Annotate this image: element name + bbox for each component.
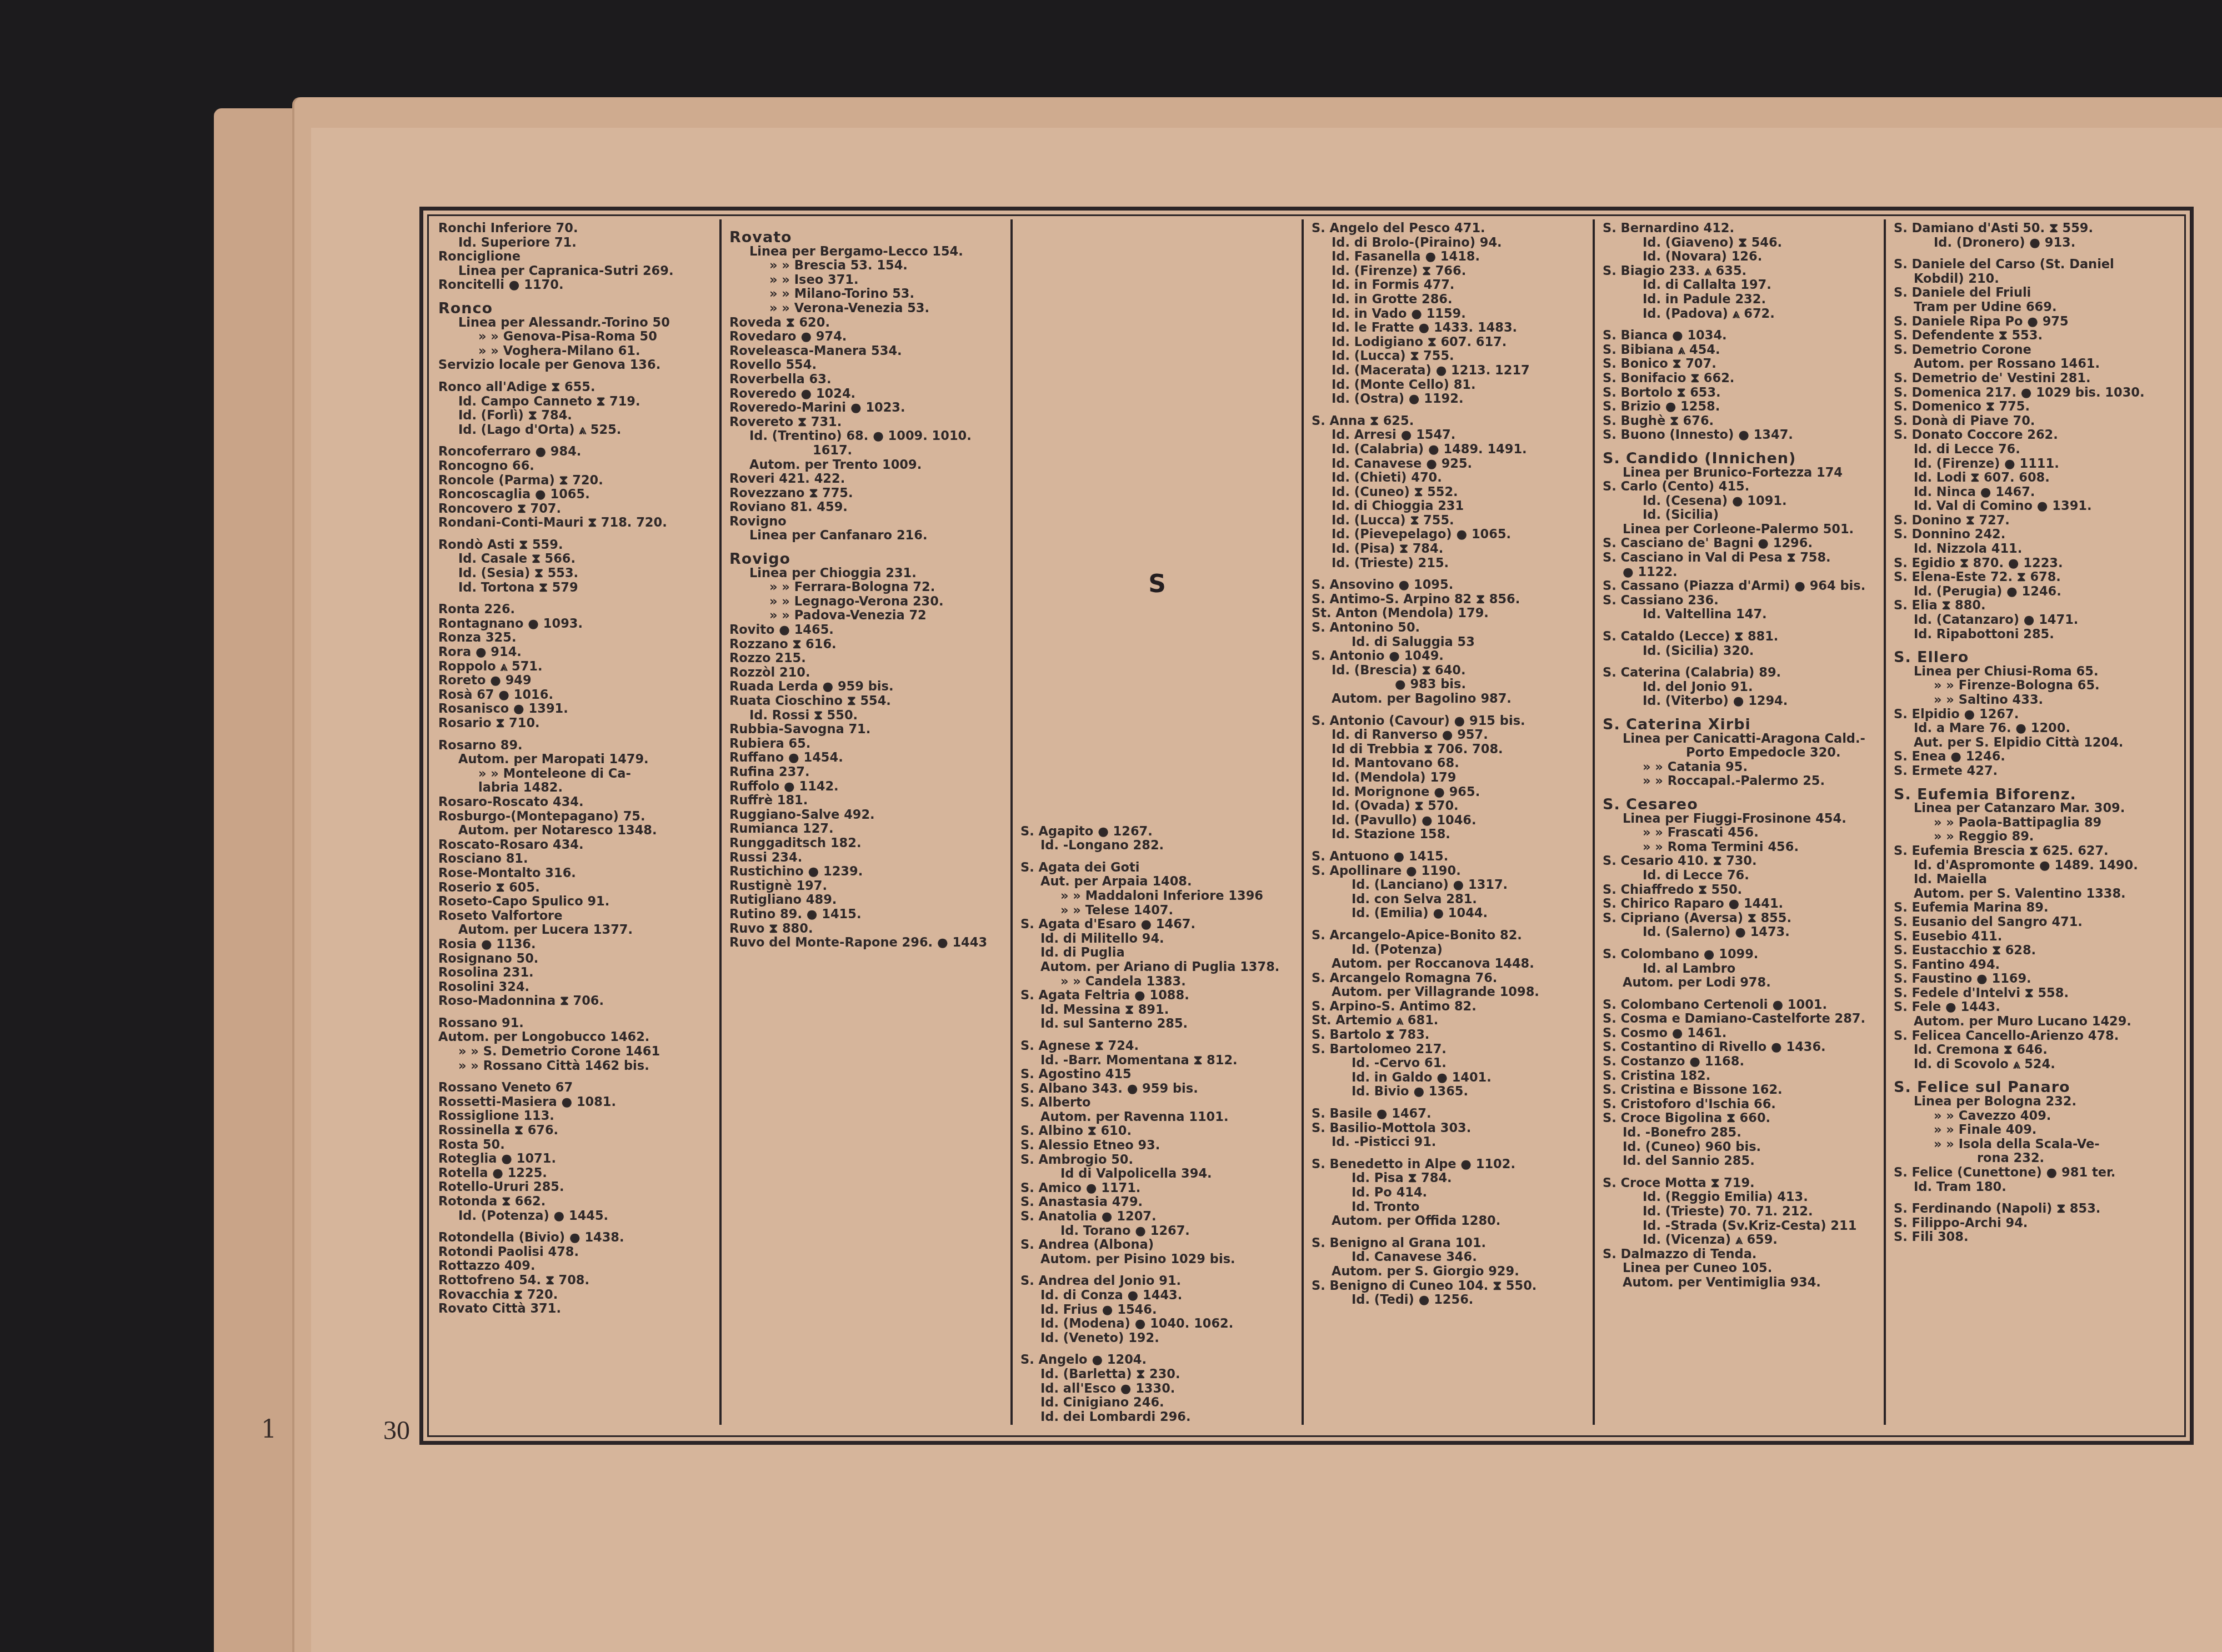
- index-entry: Rossiglione 113.: [438, 1109, 712, 1124]
- index-entry: Roppolo ⩓ 571.: [438, 660, 712, 674]
- index-entry: S. Demetrio de' Vestini 281.: [1894, 372, 2167, 386]
- index-entry: Rossano Veneto 67: [438, 1081, 712, 1095]
- index-entry: Rosburgo-(Montepagano) 75.: [438, 810, 712, 824]
- index-entry: S. Eusebio 411.: [1894, 930, 2167, 944]
- index-entry: Id. (Forlì) ⧗ 784.: [438, 409, 712, 423]
- index-entry: S. Daniele Ripa Po ● 975: [1894, 315, 2167, 329]
- index-entry: S. Agata dei Goti: [1020, 861, 1294, 875]
- index-entry: Id. Ripabottoni 285.: [1894, 628, 2167, 642]
- index-entry: Ronza 325.: [438, 631, 712, 645]
- index-entry: Roso-Madonnina ⧗ 706.: [438, 994, 712, 1009]
- index-entry: Rontagnano ● 1093.: [438, 617, 712, 632]
- index-entry: Id. Fasanella ● 1418.: [1312, 250, 1585, 264]
- index-entry: S. Cataldo (Lecce) ⧗ 881.: [1603, 630, 1876, 644]
- index-entry: Autom. per Pisino 1029 bis.: [1020, 1253, 1294, 1267]
- index-entry: S. Caterina (Calabria) 89.: [1603, 666, 1876, 680]
- index-entry: » » Iseo 371.: [729, 273, 1003, 288]
- index-heading: S. Felice sul Panaro: [1894, 1080, 2167, 1095]
- index-entry: St. Anton (Mendola) 179.: [1312, 607, 1585, 621]
- index-entry: Id. (Trieste) 70. 71. 212.: [1603, 1205, 1876, 1219]
- index-entry: Id. (Perugia) ● 1246.: [1894, 585, 2167, 599]
- index-entry: Rotonda ⧗ 662.: [438, 1195, 712, 1209]
- index-entry: Ruvo ⧗ 880.: [729, 922, 1003, 937]
- index-entry: Id. di Puglia: [1020, 946, 1294, 960]
- index-entry: Id. di Chioggia 231: [1312, 499, 1585, 514]
- index-entry: Roseto Valfortore: [438, 909, 712, 924]
- column-5: S. Bernardino 412.Id. (Giaveno) ⧗ 546.Id…: [1595, 219, 1886, 1425]
- index-entry: Rosignano 50.: [438, 952, 712, 967]
- index-entry: Rottazzo 409.: [438, 1259, 712, 1274]
- index-entry: Id. Bivio ● 1365.: [1312, 1085, 1585, 1099]
- index-entry: Autom. per Trento 1009.: [729, 458, 1003, 473]
- index-entry: » » Cavezzo 409.: [1894, 1109, 2167, 1124]
- index-entry: S. Agostino 415: [1020, 1068, 1294, 1082]
- index-entry: S. Cassano (Piazza d'Armi) ● 964 bis.: [1603, 579, 1876, 594]
- index-entry: Roncogno 66.: [438, 459, 712, 474]
- index-entry: » » Verona-Venezia 53.: [729, 302, 1003, 316]
- index-entry: S. Basilio-Mottola 303.: [1312, 1122, 1585, 1136]
- index-entry: Linea per Bologna 232.: [1894, 1095, 2167, 1109]
- index-entry: Linea per Brunico-Fortezza 174: [1603, 466, 1876, 480]
- index-entry: Id. di Scovolo ⩓ 524.: [1894, 1058, 2167, 1072]
- index-entry: S. Angelo del Pesco 471.: [1312, 222, 1585, 236]
- index-entry: S. Cosma e Damiano-Castelforte 287.: [1603, 1012, 1876, 1027]
- index-entry: Kobdil) 210.: [1894, 272, 2167, 287]
- index-entry: Linea per Canfanaro 216.: [729, 529, 1003, 543]
- index-entry: St. Artemio ⩓ 681.: [1312, 1014, 1585, 1028]
- index-entry: Id. (Pavullo) ● 1046.: [1312, 814, 1585, 828]
- index-entry: S. Daniele del Friuli: [1894, 286, 2167, 301]
- index-entry: Id. all'Esco ● 1330.: [1020, 1382, 1294, 1396]
- index-entry: Autom. per Bagolino 987.: [1312, 692, 1585, 707]
- index-entry: S. Agata d'Esaro ● 1467.: [1020, 918, 1294, 932]
- index-entry: Linea per Alessandr.-Torino 50: [438, 316, 712, 331]
- index-entry: Linea per Chiusi-Roma 65.: [1894, 665, 2167, 679]
- index-entry: S. Benigno al Grana 101.: [1312, 1237, 1585, 1251]
- index-entry: Id. (Sicilia) 320.: [1603, 644, 1876, 659]
- index-entry: S. Bibiana ⩓ 454.: [1603, 343, 1876, 358]
- index-entry: S. Bonifacio ⧗ 662.: [1603, 372, 1876, 386]
- index-entry: Roveredo ● 1024.: [729, 387, 1003, 402]
- index-entry: S. Damiano d'Asti 50. ⧗ 559.: [1894, 222, 2167, 236]
- index-entry: Id. Morignone ● 965.: [1312, 785, 1585, 800]
- index-entry: Id. -Barr. Momentana ⧗ 812.: [1020, 1054, 1294, 1068]
- index-entry: Ronco all'Adige ⧗ 655.: [438, 381, 712, 395]
- index-entry: Id. -Strada (Sv.Kriz-Cesta) 211: [1603, 1219, 1876, 1234]
- index-entry: S. Bartolomeo 217.: [1312, 1043, 1585, 1057]
- index-entry: » » Telese 1407.: [1020, 904, 1294, 918]
- index-entry: rona 232.: [1894, 1152, 2167, 1166]
- index-entry: Roveleasca-Manera 534.: [729, 344, 1003, 359]
- index-entry: Rutigliano 489.: [729, 893, 1003, 908]
- index-entry: Servizio locale per Genova 136.: [438, 358, 712, 373]
- index-entry: Id. -Cervo 61.: [1312, 1057, 1585, 1071]
- index-entry: Id. dei Lombardi 296.: [1020, 1410, 1294, 1425]
- index-entry: Id. (Potenza): [1312, 943, 1585, 958]
- index-entry: Id. Lodi ⧗ 607. 608.: [1894, 471, 2167, 485]
- index-entry: Autom. per Longobucco 1462.: [438, 1030, 712, 1045]
- index-entry: Id. di Conza ● 1443.: [1020, 1289, 1294, 1303]
- index-entry: Id. di Callalta 197.: [1603, 278, 1876, 293]
- index-entry: » » Roccapal.-Palermo 25.: [1603, 774, 1876, 789]
- index-entry: Id. di Saluggia 53: [1312, 635, 1585, 650]
- index-entry: Autom. per Avellino 1389.: [1020, 1424, 1294, 1425]
- index-entry: Id. (Lago d'Orta) ⩓ 525.: [438, 423, 712, 438]
- index-entry: Ruada Lerda ● 959 bis.: [729, 680, 1003, 694]
- index-entry: Id. (Sicilia): [1603, 508, 1876, 523]
- index-entry: Autom. per Offida 1280.: [1312, 1214, 1585, 1229]
- index-entry: S. Fantino 494.: [1894, 958, 2167, 973]
- index-entry: S. Buono (Innesto) ● 1347.: [1603, 428, 1876, 443]
- index-entry: Autom. per Rossano 1461.: [1894, 357, 2167, 372]
- column-4: S. Angelo del Pesco 471.Id. di Brolo-(Pi…: [1304, 219, 1595, 1425]
- index-entry: Rozzano ⧗ 616.: [729, 638, 1003, 652]
- index-entry: S. Bughè ⧗ 676.: [1603, 414, 1876, 429]
- index-entry: » » Rossano Città 1462 bis.: [438, 1059, 712, 1074]
- index-entry: Id. (Tedi) ● 1256.: [1312, 1293, 1585, 1308]
- index-entry: S. Casciano in Val di Pesa ⧗ 758.: [1603, 551, 1876, 565]
- index-entry: S. Cipriano (Aversa) ⧗ 855.: [1603, 912, 1876, 926]
- index-entry: Id. Stazione 158.: [1312, 828, 1585, 842]
- index-entry: Id. (Lucca) ⧗ 755.: [1312, 349, 1585, 364]
- index-entry: Id. (Potenza) ● 1445.: [438, 1209, 712, 1224]
- index-entry: Rozzo 215.: [729, 652, 1003, 666]
- index-entry: Ruffolo ● 1142.: [729, 780, 1003, 794]
- index-entry: Roveda ⧗ 620.: [729, 316, 1003, 331]
- index-entry: Id. in Galdo ● 1401.: [1312, 1071, 1585, 1085]
- index-entry: » » Catania 95.: [1603, 760, 1876, 775]
- index-entry: Rumianca 127.: [729, 822, 1003, 837]
- index-entry: Roviano 81. 459.: [729, 500, 1003, 515]
- index-entry: S. Demetrio Corone: [1894, 343, 2167, 358]
- index-entry: Id. in Formis 477.: [1312, 278, 1585, 293]
- index-entry: Autom. per Villagrande 1098.: [1312, 985, 1585, 1000]
- index-entry: Rora ● 914.: [438, 645, 712, 660]
- index-entry: S. Faustino ● 1169.: [1894, 972, 2167, 987]
- index-entry: S. Dalmazzo di Tenda.: [1603, 1248, 1876, 1262]
- index-entry: Roncoferraro ● 984.: [438, 445, 712, 459]
- index-entry: » » Saltino 433.: [1894, 693, 2167, 708]
- index-entry: Id. di Lecce 76.: [1603, 869, 1876, 883]
- index-entry: Ronta 226.: [438, 603, 712, 617]
- index-entry: Rosà 67 ● 1016.: [438, 688, 712, 703]
- index-entry: Rosta 50.: [438, 1138, 712, 1153]
- index-entry: Id. Cremona ⧗ 646.: [1894, 1043, 2167, 1058]
- index-entry: S. Arcangelo Romagna 76.: [1312, 972, 1585, 986]
- index-entry: Id. Canavese ● 925.: [1312, 457, 1585, 472]
- index-entry: S. Eufemia Marina 89.: [1894, 901, 2167, 915]
- index-entry: S. Antonio (Cavour) ● 915 bis.: [1312, 714, 1585, 729]
- index-entry: Linea per Corleone-Palermo 501.: [1603, 523, 1876, 537]
- index-entry: Autom. per Ariano di Puglia 1378.: [1020, 960, 1294, 975]
- column-6: S. Damiano d'Asti 50. ⧗ 559.Id. (Dronero…: [1886, 219, 2175, 1425]
- index-entry: S. Enea ● 1246.: [1894, 750, 2167, 764]
- index-entry: S. Chiaffredo ⧗ 550.: [1603, 883, 1876, 898]
- index-entry: Rotondi Paolisi 478.: [438, 1245, 712, 1260]
- index-entry: Id. d'Aspromonte ● 1489. 1490.: [1894, 859, 2167, 873]
- index-entry: S. Bianca ● 1034.: [1603, 329, 1876, 343]
- index-entry: Rozzòl 210.: [729, 666, 1003, 680]
- index-entry: Id di Trebbia ⧗ 706. 708.: [1312, 743, 1585, 757]
- index-entry: Id. Frius ● 1546.: [1020, 1303, 1294, 1318]
- index-entry: Rovigno: [729, 515, 1003, 529]
- index-entry: S. Agapito ● 1267.: [1020, 825, 1294, 839]
- index-entry: Linea per Canicatti-Aragona Cald.-: [1603, 732, 1876, 747]
- index-entry: S. Arcangelo-Apice-Bonito 82.: [1312, 929, 1585, 943]
- index-entry: Rufina 237.: [729, 765, 1003, 780]
- index-entry: Roscato-Rosaro 434.: [438, 838, 712, 853]
- index-entry: Id. (Padova) ⩓ 672.: [1603, 307, 1876, 322]
- index-entry: S. Bortolo ⧗ 653.: [1603, 386, 1876, 401]
- index-entry: » » Candela 1383.: [1020, 975, 1294, 989]
- index-entry: » » S. Demetrio Corone 1461: [438, 1045, 712, 1059]
- index-entry: Id. (Firenze) ● 1111.: [1894, 457, 2167, 472]
- index-entry: » » Legnago-Verona 230.: [729, 595, 1003, 609]
- index-entry: Id. (Cesena) ● 1091.: [1603, 494, 1876, 509]
- index-entry: S. Filippo-Archi 94.: [1894, 1217, 2167, 1231]
- index-entry: Id. (Trieste) 215.: [1312, 557, 1585, 571]
- index-entry: Id. (Giaveno) ⧗ 546.: [1603, 236, 1876, 251]
- index-entry: Id. (Calabria) ● 1489. 1491.: [1312, 443, 1585, 457]
- index-entry: Id. Mantovano 68.: [1312, 757, 1585, 771]
- index-entry: Ruata Cioschino ⧗ 554.: [729, 694, 1003, 709]
- index-entry: Id. Po 414.: [1312, 1186, 1585, 1200]
- index-entry: Rondani-Conti-Mauri ⧗ 718. 720.: [438, 516, 712, 530]
- index-entry: Id. Tortona ⧗ 579: [438, 581, 712, 595]
- index-entry: Russi 234.: [729, 851, 1003, 865]
- index-entry: S. Amico ● 1171.: [1020, 1182, 1294, 1196]
- index-entry: Id. Valtellina 147.: [1603, 608, 1876, 622]
- index-entry: Rovezzano ⧗ 775.: [729, 487, 1003, 501]
- index-entry: S. Fele ● 1443.: [1894, 1000, 2167, 1015]
- index-entry: Roncovero ⧗ 707.: [438, 502, 712, 517]
- index-heading: Ronco: [438, 302, 712, 316]
- index-entry: Tram per Udine 669.: [1894, 301, 2167, 315]
- index-entry: » » Maddaloni Inferiore 1396: [1020, 889, 1294, 904]
- index-entry: S. Cesario 410. ⧗ 730.: [1603, 854, 1876, 869]
- index-entry: S. Donnino 242.: [1894, 528, 2167, 542]
- index-entry: Id. (Cuneo) 960 bis.: [1603, 1140, 1876, 1155]
- index-entry: Id. (Catanzaro) ● 1471.: [1894, 613, 2167, 628]
- index-entry: Rovito ● 1465.: [729, 623, 1003, 638]
- index-entry: Autom. per Notaresco 1348.: [438, 824, 712, 838]
- index-entry: Rosarno 89.: [438, 739, 712, 753]
- index-entry: Id. Rossi ⧗ 550.: [729, 709, 1003, 723]
- index-entry: Id. Cinigiano 246.: [1020, 1396, 1294, 1410]
- index-heading: S. Cesareo: [1603, 798, 1876, 812]
- index-entry: Rossetti-Masiera ● 1081.: [438, 1095, 712, 1110]
- index-heading: Rovato: [729, 231, 1003, 245]
- index-entry: » » Milano-Torino 53.: [729, 287, 1003, 302]
- index-entry: S. Eusanio del Sangro 471.: [1894, 915, 2167, 930]
- index-entry: » » Roma Termini 456.: [1603, 840, 1876, 855]
- index-entry: Id. (Sesia) ⧗ 553.: [438, 567, 712, 581]
- index-entry: Id. (Ovada) ⧗ 570.: [1312, 799, 1585, 814]
- index-entry: labria 1482.: [438, 781, 712, 795]
- index-entry: Rossano 91.: [438, 1017, 712, 1031]
- index-entry: Id. Superiore 71.: [438, 236, 712, 251]
- index-entry: Id. al Lambro: [1603, 962, 1876, 977]
- index-entry: Id. (Chieti) 470.: [1312, 471, 1585, 485]
- index-entry: Id. (Pievepelago) ● 1065.: [1312, 528, 1585, 542]
- index-entry: S. Ansovino ● 1095.: [1312, 578, 1585, 593]
- index-entry: S. Colombano ● 1099.: [1603, 948, 1876, 962]
- index-entry: Id. (Ostra) ● 1192.: [1312, 392, 1585, 407]
- index-entry: 1617.: [729, 444, 1003, 458]
- index-entry: Roteglia ● 1071.: [438, 1152, 712, 1167]
- index-entry: Rovacchia ⧗ 720.: [438, 1288, 712, 1303]
- index-entry: S. Egidio ⧗ 870. ● 1223.: [1894, 557, 2167, 571]
- index-entry: Ruvo del Monte-Rapone 296. ● 1443: [729, 936, 1003, 950]
- index-entry: Roncitelli ● 1170.: [438, 278, 712, 293]
- index-entry: Id. (Lanciano) ● 1317.: [1312, 878, 1585, 893]
- index-entry: Id. (Veneto) 192.: [1020, 1331, 1294, 1346]
- index-entry: » » Firenze-Bologna 65.: [1894, 679, 2167, 693]
- index-entry: Roreto ● 949: [438, 674, 712, 688]
- index-entry: Id. con Selva 281.: [1312, 893, 1585, 907]
- index-entry: Id. le Fratte ● 1433. 1483.: [1312, 321, 1585, 336]
- index-entry: Roverbella 63.: [729, 373, 1003, 387]
- index-entry: Id. (Cuneo) ⧗ 552.: [1312, 485, 1585, 500]
- index-entry: S. Agnese ⧗ 724.: [1020, 1039, 1294, 1054]
- index-entry: Rosaro-Roscato 434.: [438, 795, 712, 810]
- index-entry: Autom. per Roccanova 1448.: [1312, 957, 1585, 972]
- index-entry: S. Carlo (Cento) 415.: [1603, 480, 1876, 494]
- index-entry: Id. (Mendola) 179: [1312, 771, 1585, 785]
- index-entry: S. Bonico ⧗ 707.: [1603, 357, 1876, 372]
- index-entry: S. Croce Bigolina ⧗ 660.: [1603, 1112, 1876, 1126]
- index-entry: S. Donino ⧗ 727.: [1894, 514, 2167, 528]
- index-entry: S. Arpino-S. Antimo 82.: [1312, 1000, 1585, 1014]
- index-entry: Id. (Novara) 126.: [1603, 250, 1876, 264]
- index-columns: Ronchi Inferiore 70.Id. Superiore 71.Ron…: [431, 219, 2175, 1425]
- index-entry: Autom. per Maropati 1479.: [438, 753, 712, 767]
- index-entry: S. Costantino di Rivello ● 1436.: [1603, 1040, 1876, 1055]
- index-entry: Roncoscaglia ● 1065.: [438, 488, 712, 502]
- index-entry: Rubbia-Savogna 71.: [729, 723, 1003, 737]
- index-entry: Id. Tronto: [1312, 1200, 1585, 1215]
- index-entry: » » Isola della Scala-Ve-: [1894, 1138, 2167, 1152]
- index-entry: S. Andrea del Jonio 91.: [1020, 1274, 1294, 1289]
- index-entry: Id. a Mare 76. ● 1200.: [1894, 722, 2167, 736]
- index-entry: Rustichino ● 1239.: [729, 865, 1003, 879]
- index-entry: Id. (Firenze) ⧗ 766.: [1312, 264, 1585, 279]
- index-heading: Rovigo: [729, 552, 1003, 567]
- index-entry: S. Felice (Cunettone) ● 981 ter.: [1894, 1166, 2167, 1180]
- index-entry: Id. (Lucca) ⧗ 755.: [1312, 514, 1585, 528]
- index-entry: Rosanisco ● 1391.: [438, 702, 712, 717]
- index-entry: Id. (Vicenza) ⩓ 659.: [1603, 1233, 1876, 1248]
- index-entry: Rotello-Ururi 285.: [438, 1180, 712, 1195]
- column-2: RovatoLinea per Bergamo-Lecco 154.» » Br…: [722, 219, 1013, 1425]
- index-entry: Autom. per Lodi 978.: [1603, 976, 1876, 990]
- index-entry: S. Elia ⧗ 880.: [1894, 599, 2167, 613]
- index-entry: Id. Arresi ● 1547.: [1312, 428, 1585, 443]
- index-entry: S. Andrea (Albona): [1020, 1238, 1294, 1253]
- index-entry: S. Albano 343. ● 959 bis.: [1020, 1082, 1294, 1097]
- index-entry: S. Antimo-S. Arpino 82 ⧗ 856.: [1312, 593, 1585, 607]
- index-entry: ● 1122.: [1603, 565, 1876, 580]
- index-entry: Id. del Sannio 285.: [1603, 1154, 1876, 1169]
- index-heading: S. Ellero: [1894, 650, 2167, 665]
- underlying-page-number: 1: [261, 1415, 277, 1444]
- index-entry: Rosolina 231.: [438, 966, 712, 980]
- index-entry: Id. (Brescia) ⧗ 640.: [1312, 664, 1585, 678]
- index-entry: Autom. per Muro Lucano 1429.: [1894, 1015, 2167, 1029]
- index-entry: S. Agata Feltria ● 1088.: [1020, 989, 1294, 1003]
- index-entry: Linea per Bergamo-Lecco 154.: [729, 245, 1003, 259]
- index-entry: S. Bernardino 412.: [1603, 222, 1876, 236]
- index-entry: » » Brescia 53. 154.: [729, 259, 1003, 273]
- index-entry: Aut. per Arpaia 1408.: [1020, 875, 1294, 889]
- index-entry: Ruffrè 181.: [729, 794, 1003, 808]
- index-entry: S. Domenica 217. ● 1029 bis. 1030.: [1894, 386, 2167, 401]
- index-entry: » » Finale 409.: [1894, 1123, 2167, 1138]
- index-entry: Id. di Militello 94.: [1020, 932, 1294, 947]
- index-entry: Id. (Salerno) ● 1473.: [1603, 925, 1876, 940]
- index-entry: Id. in Padule 232.: [1603, 293, 1876, 307]
- index-entry: » » Voghera-Milano 61.: [438, 344, 712, 359]
- index-entry: S. Albino ⧗ 610.: [1020, 1124, 1294, 1139]
- index-entry: » » Ferrara-Bologna 72.: [729, 580, 1003, 595]
- index-entry: Rose-Montalto 316.: [438, 867, 712, 881]
- index-entry: Rovello 554.: [729, 358, 1003, 373]
- index-entry: Rosia ● 1136.: [438, 938, 712, 952]
- index-entry: S. Cristina e Bissone 162.: [1603, 1083, 1876, 1098]
- index-entry: S. Ambrogio 50.: [1020, 1153, 1294, 1168]
- index-entry: Roveri 421. 422.: [729, 472, 1003, 487]
- index-entry: Ronciglione: [438, 250, 712, 264]
- index-entry: Porto Empedocle 320.: [1603, 746, 1876, 760]
- index-entry: Autom. per Lucera 1377.: [438, 923, 712, 938]
- index-entry: Id. di Lecce 76.: [1894, 443, 2167, 457]
- index-entry: Id. -Longano 282.: [1020, 839, 1294, 853]
- index-heading: S. Eufemia Biforenz.: [1894, 788, 2167, 802]
- index-entry: Autom. per Ravenna 1101.: [1020, 1110, 1294, 1125]
- index-entry: Id. Messina ⧗ 891.: [1020, 1003, 1294, 1018]
- index-entry: Ruffano ● 1454.: [729, 751, 1003, 765]
- index-entry: Aut. per S. Elpidio Città 1204.: [1894, 736, 2167, 750]
- index-entry: S. Antonio ● 1049.: [1312, 649, 1585, 664]
- index-entry: Id. Casale ⧗ 566.: [438, 552, 712, 567]
- index-entry: Id. Tram 180.: [1894, 1180, 2167, 1195]
- index-entry: S. Fedele d'Intelvi ⧗ 558.: [1894, 987, 2167, 1001]
- index-entry: Id. (Viterbo) ● 1294.: [1603, 694, 1876, 709]
- index-entry: S. Anastasia 479.: [1020, 1195, 1294, 1210]
- index-entry: Linea per Fiuggi-Frosinone 454.: [1603, 812, 1876, 827]
- index-entry: S. Donato Coccore 262.: [1894, 428, 2167, 443]
- index-entry: Id. del Jonio 91.: [1603, 680, 1876, 695]
- index-entry: S. Cosmo ● 1461.: [1603, 1027, 1876, 1041]
- index-entry: Ruggiano-Salve 492.: [729, 808, 1003, 823]
- index-entry: S. Cristina 182.: [1603, 1069, 1876, 1084]
- index-entry: Rossinella ⧗ 676.: [438, 1124, 712, 1138]
- index-entry: Id. (Dronero) ● 913.: [1894, 236, 2167, 251]
- index-entry: S. Antonino 50.: [1312, 621, 1585, 635]
- index-entry: S. Brizio ● 1258.: [1603, 400, 1876, 414]
- index-entry: S. Cassiano 236.: [1603, 594, 1876, 608]
- index-entry: S. Biagio 233. ⩓ 635.: [1603, 264, 1876, 279]
- index-entry: S. Elpidio ● 1267.: [1894, 708, 2167, 722]
- index-entry: S. Alessio Etneo 93.: [1020, 1139, 1294, 1153]
- index-entry: Linea per Catanzaro Mar. 309.: [1894, 802, 2167, 816]
- index-entry: Id. Canavese 346.: [1312, 1250, 1585, 1265]
- index-entry: Id. Val di Comino ● 1391.: [1894, 499, 2167, 514]
- index-entry: Id. (Emilia) ● 1044.: [1312, 907, 1585, 921]
- index-entry: Id. (Barletta) ⧗ 230.: [1020, 1368, 1294, 1382]
- index-entry: Id. Lodigiano ⧗ 607. 617.: [1312, 336, 1585, 350]
- index-entry: S. Bartolo ⧗ 783.: [1312, 1028, 1585, 1043]
